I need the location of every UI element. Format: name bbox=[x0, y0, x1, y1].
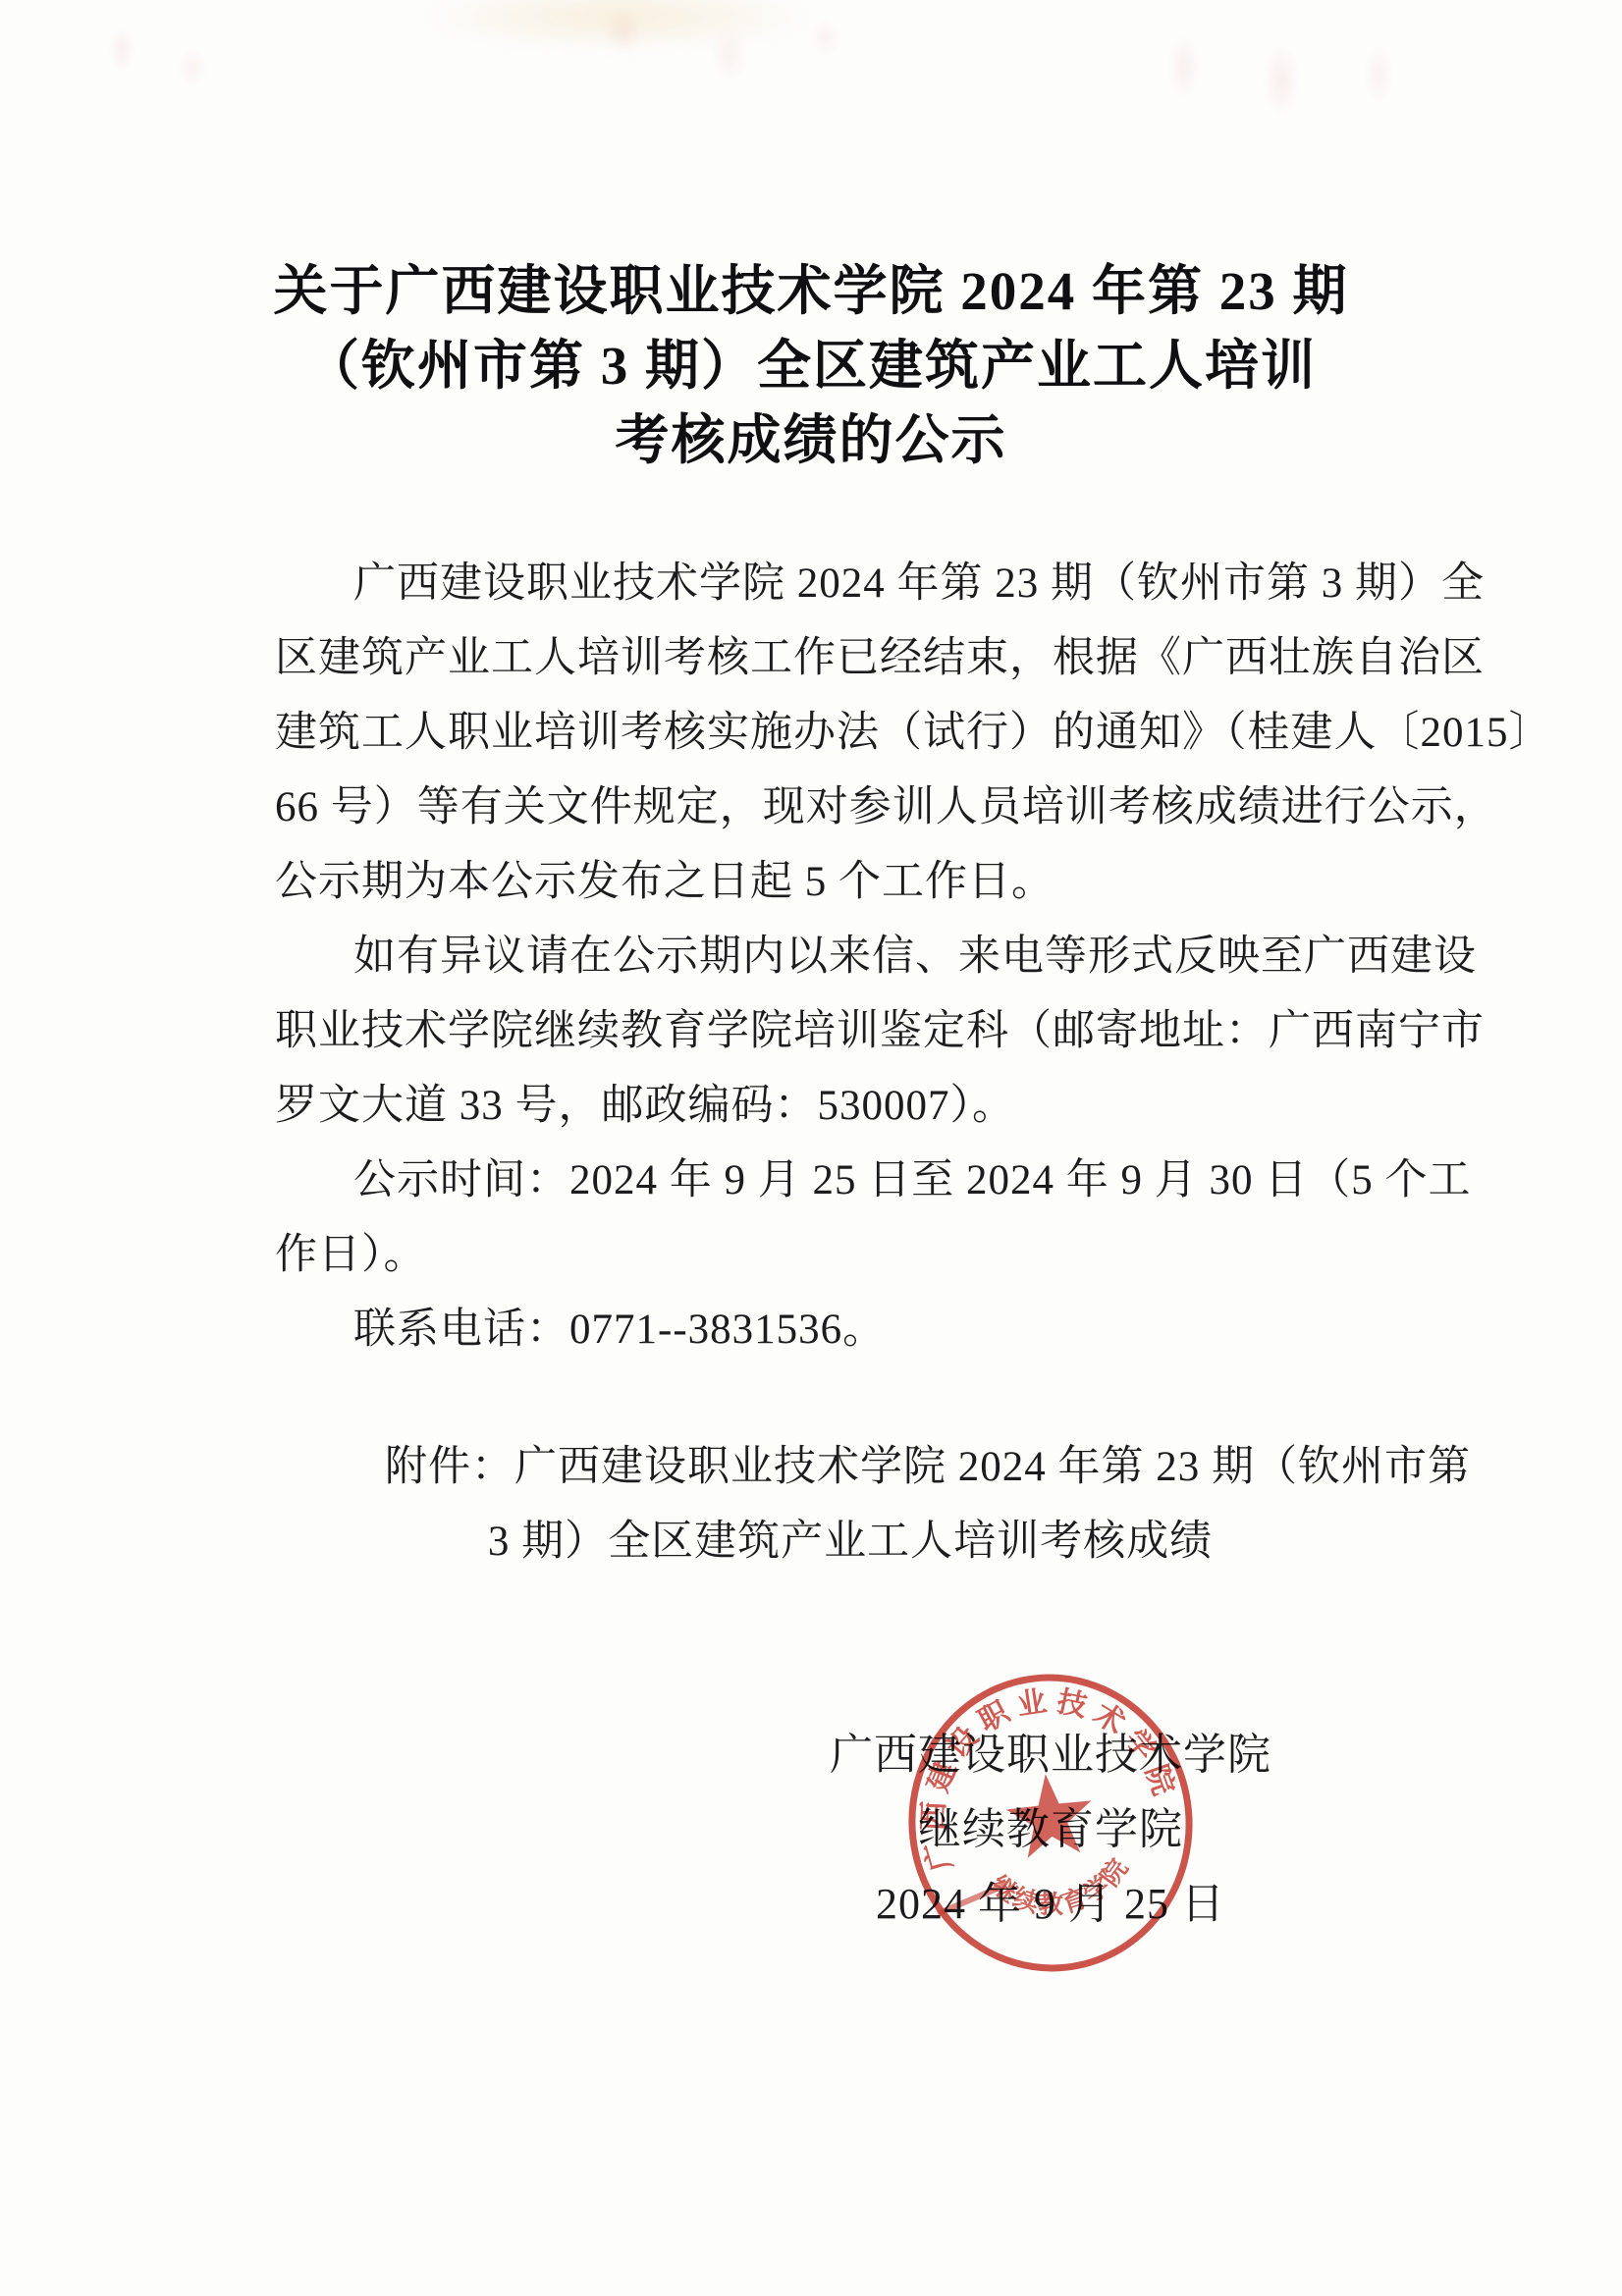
body-line: 公示时间：2024 年 9 月 25 日至 2024 年 9 月 30 日（5 … bbox=[275, 1144, 1426, 1218]
body-line: 罗文大道 33 号，邮政编码：530007）。 bbox=[275, 1069, 1426, 1144]
title-line: 考核成绩的公示 bbox=[0, 403, 1622, 478]
body-line: 职业技术学院继续教育学院培训鉴定科（邮寄地址：广西南宁市 bbox=[275, 994, 1426, 1069]
star-icon bbox=[1002, 1770, 1097, 1860]
body-line: 如有异议请在公示期内以来信、来电等形式反映至广西建设 bbox=[275, 920, 1426, 994]
document-body: 广西建设职业技术学院 2024 年第 23 期（钦州市第 3 期）全 区建筑产业… bbox=[275, 547, 1426, 1367]
body-line: 建筑工人职业培训考核实施办法（试行）的通知》（桂建人〔2015〕 bbox=[275, 696, 1426, 771]
svg-text:继续教育学院: 继续教育学院 bbox=[983, 1851, 1139, 1927]
body-line: 作日）。 bbox=[275, 1218, 1426, 1293]
ink-bleed-mark bbox=[1119, 5, 1443, 142]
seal-bottom-text: 继续教育学院 bbox=[983, 1851, 1139, 1927]
attachment-line: 3 期）全区建筑产业工人培训考核成绩 bbox=[275, 1505, 1426, 1579]
seal-ring-text: 广西建设职业技术学院 bbox=[903, 1673, 1186, 1875]
attachment-line: 附件：广西建设职业技术学院 2024 年第 23 期（钦州市第 bbox=[275, 1430, 1426, 1505]
ink-bleed-mark bbox=[69, 12, 245, 105]
body-line: 区建筑产业工人培训考核工作已经结束，根据《广西壮族自治区 bbox=[275, 621, 1426, 696]
body-line: 广西建设职业技术学院 2024 年第 23 期（钦州市第 3 期）全 bbox=[275, 547, 1426, 621]
document-page: 关于广西建设职业技术学院 2024 年第 23 期 （钦州市第 3 期）全区建筑… bbox=[0, 0, 1622, 2296]
official-seal: 广西建设职业技术学院 继续教育学院 bbox=[887, 1656, 1216, 1990]
attachment-note: 附件：广西建设职业技术学院 2024 年第 23 期（钦州市第 3 期）全区建筑… bbox=[275, 1430, 1426, 1579]
body-line: 公示期为本公示发布之日起 5 个工作日。 bbox=[275, 845, 1426, 920]
title-line: （钦州市第 3 期）全区建筑产业工人培训 bbox=[0, 329, 1622, 403]
ink-bleed-mark bbox=[535, 0, 889, 105]
svg-text:广西建设职业技术学院: 广西建设职业技术学院 bbox=[903, 1673, 1186, 1875]
body-line: 联系电话：0771--3831536。 bbox=[275, 1293, 1426, 1367]
document-title: 关于广西建设职业技术学院 2024 年第 23 期 （钦州市第 3 期）全区建筑… bbox=[0, 254, 1622, 478]
body-line: 66 号）等有关文件规定，现对参训人员培训考核成绩进行公示， bbox=[275, 771, 1426, 845]
title-line: 关于广西建设职业技术学院 2024 年第 23 期 bbox=[0, 254, 1622, 329]
